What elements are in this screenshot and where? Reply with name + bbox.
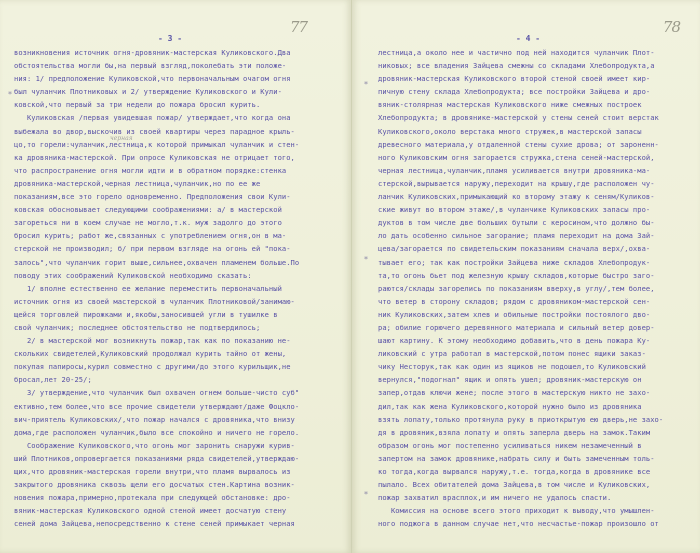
page-3: 77 - 3 - * черная возникновения источник… xyxy=(0,0,352,553)
text-line: поводу этих соображений Куликовской необ… xyxy=(14,269,299,282)
text-line: возникновения источник огня-дровяник-мас… xyxy=(14,46,299,59)
text-line: 1/ вполне естественно ее желание перемес… xyxy=(14,282,299,295)
text-line: дровяник-мастерская Куликовского второй … xyxy=(378,72,663,85)
text-line: что распространение огня могли идти и в … xyxy=(14,164,299,177)
text-line: запер,отдав ключи жене; после этого в ма… xyxy=(378,386,663,399)
text-line: цева/загорается по свидетельским показан… xyxy=(378,242,663,255)
margin-dot: * xyxy=(364,490,368,499)
text-line: стерской,вырывается наружу,переходит на … xyxy=(378,177,663,190)
text-line: 3/ утверждение,что чуланчик был охвачен … xyxy=(14,386,299,399)
text-line: ективно,тем более,что все прочие свидете… xyxy=(14,400,299,413)
text-line: Куликовская /первая увидевшая пожар/ утв… xyxy=(14,111,299,124)
archive-folio-number: 77 xyxy=(290,18,307,36)
text-line: вич-приятель Куликовских/,что пожар нача… xyxy=(14,413,299,426)
text-line: свой чуланчик; последнее обстоятельство … xyxy=(14,321,299,334)
text-line: вяник-столярная мастерская Куликовского … xyxy=(378,98,663,111)
text-line: ка дровяника-мастерской. При опросе Кули… xyxy=(14,151,299,164)
text-line: стерской не производил; б/ при первом вз… xyxy=(14,242,299,255)
text-line: ного поджога в данном случае нет,что нес… xyxy=(378,517,663,530)
document-spread: 77 - 3 - * черная возникновения источник… xyxy=(0,0,700,553)
page-4-body-text: лестница,а около нее и частично под ней … xyxy=(378,46,663,530)
text-line: залось",что чуланчик горит выше,сильнее,… xyxy=(14,256,299,269)
text-line: ного Куликовским огня загорается стружка… xyxy=(378,151,663,164)
text-line: пичную стену склада Хлебопродукта; все п… xyxy=(378,85,663,98)
text-line: дровяника-мастерской,черная лестница,чул… xyxy=(14,177,299,190)
text-line: обстоятельства могли бы,на первый взгляд… xyxy=(14,59,299,72)
text-line: покупая папиросы,курил совместно с други… xyxy=(14,360,299,373)
text-line: взять лопату,только протянула руку в при… xyxy=(378,413,663,426)
text-line: дуктов в том числе две больших бутыли с … xyxy=(378,216,663,229)
text-line: бросил курить; работ же,связанных с упот… xyxy=(14,229,299,242)
text-line: ликовский с утра работал в мастерской,по… xyxy=(378,347,663,360)
text-line: что ветер в сторону складов; рядом с дро… xyxy=(378,295,663,308)
text-line: дя в дровяник,взяла лопату и опять запер… xyxy=(378,426,663,439)
text-line: раются/склады загорелись по показаниям в… xyxy=(378,282,663,295)
margin-dot: * xyxy=(8,90,12,99)
archive-folio-number: 78 xyxy=(663,18,680,36)
text-line: загореться ни в коем случае не могло,т.к… xyxy=(14,216,299,229)
text-line: выбежала во двор,выскочив из своей кварт… xyxy=(14,125,299,138)
text-line: Комиссия на основе всего этого приходит … xyxy=(378,504,663,517)
text-line: лестница,а около нее и частично под ней … xyxy=(378,46,663,59)
text-line: тывает его; так как постройки Зайцева ни… xyxy=(378,256,663,269)
text-line: бросал,лет 20-25/; xyxy=(14,373,299,386)
text-line: ший Плотников,опровергается показаниями … xyxy=(14,452,299,465)
text-line: древесного материала,у отдаленной стены … xyxy=(378,138,663,151)
text-line: скольких свидетелей,Куликовский продолжа… xyxy=(14,347,299,360)
page-number: - 4 - xyxy=(516,34,540,43)
text-line: ник Куликовских,затем хлев и обильные по… xyxy=(378,308,663,321)
page-3-body-text: возникновения источник огня-дровяник-мас… xyxy=(14,46,299,530)
text-line: ские живут во втором этаже/,в чуланчике … xyxy=(378,203,663,216)
text-line: щих,что дровяник-мастерская горели внутр… xyxy=(14,465,299,478)
text-line: чику Несторук,так как один из ящиков не … xyxy=(378,360,663,373)
text-line: ковская обосновывает следующими соображе… xyxy=(14,203,299,216)
text-line: пожар захватил врасплох,и им ничего не у… xyxy=(378,491,663,504)
text-line: ния: 1/ предположение Куликовской,что пе… xyxy=(14,72,299,85)
text-line: вяник-мастерская Куликовского одной стен… xyxy=(14,504,299,517)
text-line: закрытого дровяника сквозь щели его досч… xyxy=(14,478,299,491)
text-line: ра; обилие горючего деревянного материал… xyxy=(378,321,663,334)
text-line: черная лестница,чуланчик,пламя усиливает… xyxy=(378,164,663,177)
text-line: источник огня из своей мастерской в чула… xyxy=(14,295,299,308)
text-line: шают картину. К этому необходимо добавит… xyxy=(378,334,663,347)
text-line: был чуланчик Плотниковых и 2/ утверждени… xyxy=(14,85,299,98)
text-line: цо,то горели:чуланчик,лестница,к которой… xyxy=(14,138,299,151)
text-line: дил,так как жена Куликовского,которой ну… xyxy=(378,400,663,413)
text-line: образом огонь мог постепенно усиливаться… xyxy=(378,439,663,452)
margin-dot: * xyxy=(364,255,368,264)
text-line: сеней дома Зайцева,непосредственно к сте… xyxy=(14,517,299,530)
text-line: Куликовского,около верстака много струже… xyxy=(378,125,663,138)
text-line: Соображение Куликовского,что огонь мог з… xyxy=(14,439,299,452)
text-line: никовых; все владения Зайцева смежны со … xyxy=(378,59,663,72)
text-line: пылало. Всех обитателей дома Зайцева,в т… xyxy=(378,478,663,491)
text-line: ковской,что первый за три недели до пожа… xyxy=(14,98,299,111)
text-line: вернулся,"подогнал" ящик и опять ушел; д… xyxy=(378,373,663,386)
text-line: та,то огонь бьет под железную крышу скла… xyxy=(378,269,663,282)
text-line: ло дать особенно сильное загорание; плам… xyxy=(378,229,663,242)
text-line: новения пожара,примерно,протекала при сл… xyxy=(14,491,299,504)
text-line: 2/ в мастерской мог возникнуть пожар,так… xyxy=(14,334,299,347)
page-4: 78 - 4 - * * * лестница,а около нее и ча… xyxy=(352,0,700,553)
text-line: ко тогда,когда вырвался наружу,т.е. тогд… xyxy=(378,465,663,478)
text-line: ланчик Куликовских,примыкающий ко втором… xyxy=(378,190,663,203)
page-number: - 3 - xyxy=(158,34,182,43)
text-line: щейся торговлей пирожками и,якобы,заноси… xyxy=(14,308,299,321)
text-line: показаниям,все это горело одновременно. … xyxy=(14,190,299,203)
text-line: дома,где расположен чуланчик,было все сп… xyxy=(14,426,299,439)
margin-dot: * xyxy=(364,80,368,89)
text-line: Хлебопродукта; в дровянике-мастерской у … xyxy=(378,111,663,124)
text-line: запертом на замок дровянике,набрать силу… xyxy=(378,452,663,465)
